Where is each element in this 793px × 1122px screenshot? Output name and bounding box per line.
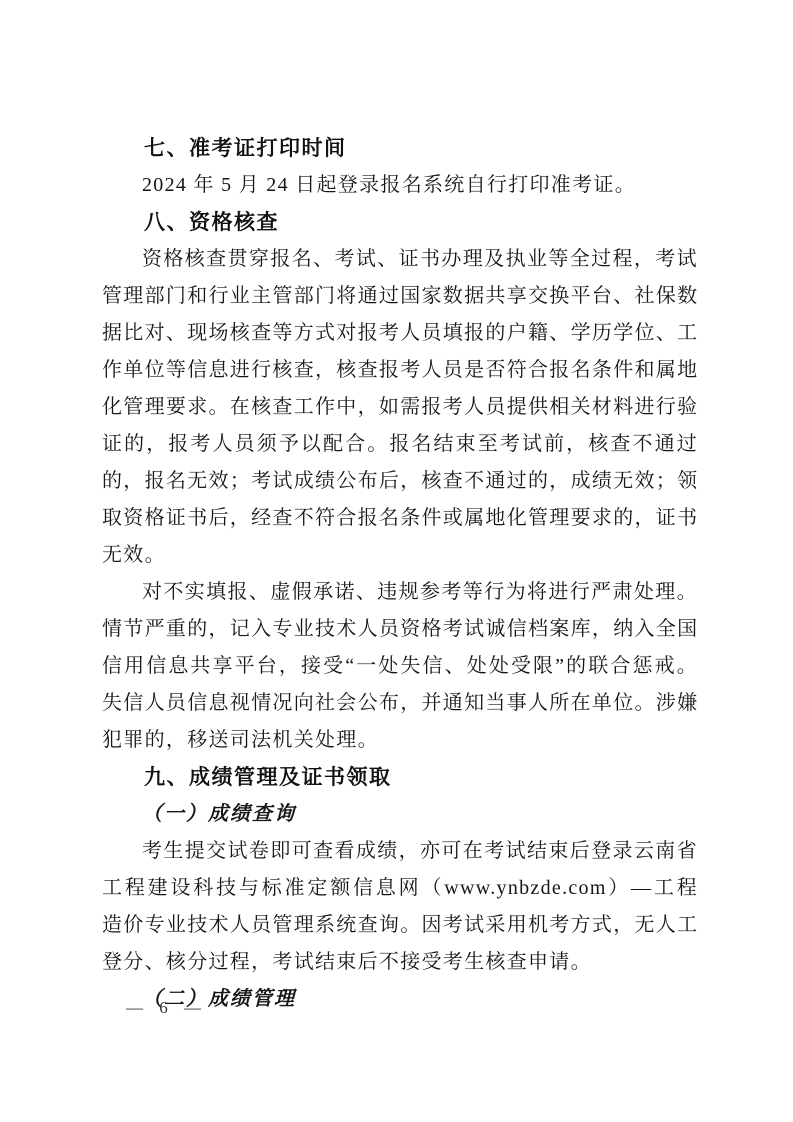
text-line: 对不实填报、虚假承诺、违规参考等行为将进行严肃处理。 bbox=[102, 574, 698, 611]
text-line: 取资格证书后，经查不符合报名条件或属地化管理要求的，证书 bbox=[102, 500, 698, 537]
text-line: 资格核查贯穿报名、考试、证书办理及执业等全过程，考试 bbox=[102, 241, 698, 278]
paragraph: 对不实填报、虚假承诺、违规参考等行为将进行严肃处理。情节严重的，记入专业技术人员… bbox=[102, 574, 698, 759]
text-line: 造价专业技术人员管理系统查询。因考试采用机考方式，无人工 bbox=[102, 907, 698, 944]
sub-heading: （一）成绩查询 bbox=[102, 796, 698, 833]
text-line: 犯罪的，移送司法机关处理。 bbox=[102, 722, 698, 759]
document-content: 七、准考证打印时间2024 年 5 月 24 日起登录报名系统自行打印准考证。八… bbox=[102, 130, 698, 1018]
text-line: 信用信息共享平台，接受“一处失信、处处受限”的联合惩戒。 bbox=[102, 648, 698, 685]
text-line: 的，报名无效；考试成绩公布后，核查不通过的，成绩无效；领 bbox=[102, 463, 698, 500]
page-number: — 6 — bbox=[126, 998, 207, 1018]
text-line: 情节严重的，记入专业技术人员资格考试诚信档案库，纳入全国 bbox=[102, 611, 698, 648]
paragraph: 考生提交试卷即可查看成绩，亦可在考试结束后登录云南省工程建设科技与标准定额信息网… bbox=[102, 833, 698, 981]
document-page: 七、准考证打印时间2024 年 5 月 24 日起登录报名系统自行打印准考证。八… bbox=[0, 0, 793, 1122]
text-line: 失信人员信息视情况向社会公布，并通知当事人所在单位。涉嫌 bbox=[102, 685, 698, 722]
text-line: 管理部门和行业主管部门将通过国家数据共享交换平台、社保数 bbox=[102, 278, 698, 315]
text-line: 考生提交试卷即可查看成绩，亦可在考试结束后登录云南省 bbox=[102, 833, 698, 870]
text-line: 据比对、现场核查等方式对报考人员填报的户籍、学历学位、工 bbox=[102, 315, 698, 352]
text-line: 工程建设科技与标准定额信息网（www.ynbzde.com）—工程 bbox=[102, 870, 698, 907]
section-heading: 九、成绩管理及证书领取 bbox=[102, 759, 698, 796]
text-line: 2024 年 5 月 24 日起登录报名系统自行打印准考证。 bbox=[102, 167, 698, 204]
text-line: 无效。 bbox=[102, 537, 698, 574]
text-line: 作单位等信息进行核查，核查报考人员是否符合报名条件和属地 bbox=[102, 352, 698, 389]
section-heading: 八、资格核查 bbox=[102, 204, 698, 241]
paragraph: 资格核查贯穿报名、考试、证书办理及执业等全过程，考试管理部门和行业主管部门将通过… bbox=[102, 241, 698, 574]
text-line: 登分、核分过程，考试结束后不接受考生核查申请。 bbox=[102, 944, 698, 981]
section-heading: 七、准考证打印时间 bbox=[102, 130, 698, 167]
text-line: 证的，报考人员须予以配合。报名结束至考试前，核查不通过 bbox=[102, 426, 698, 463]
text-line: 化管理要求。在核查工作中，如需报考人员提供相关材料进行验 bbox=[102, 389, 698, 426]
paragraph: 2024 年 5 月 24 日起登录报名系统自行打印准考证。 bbox=[102, 167, 698, 204]
